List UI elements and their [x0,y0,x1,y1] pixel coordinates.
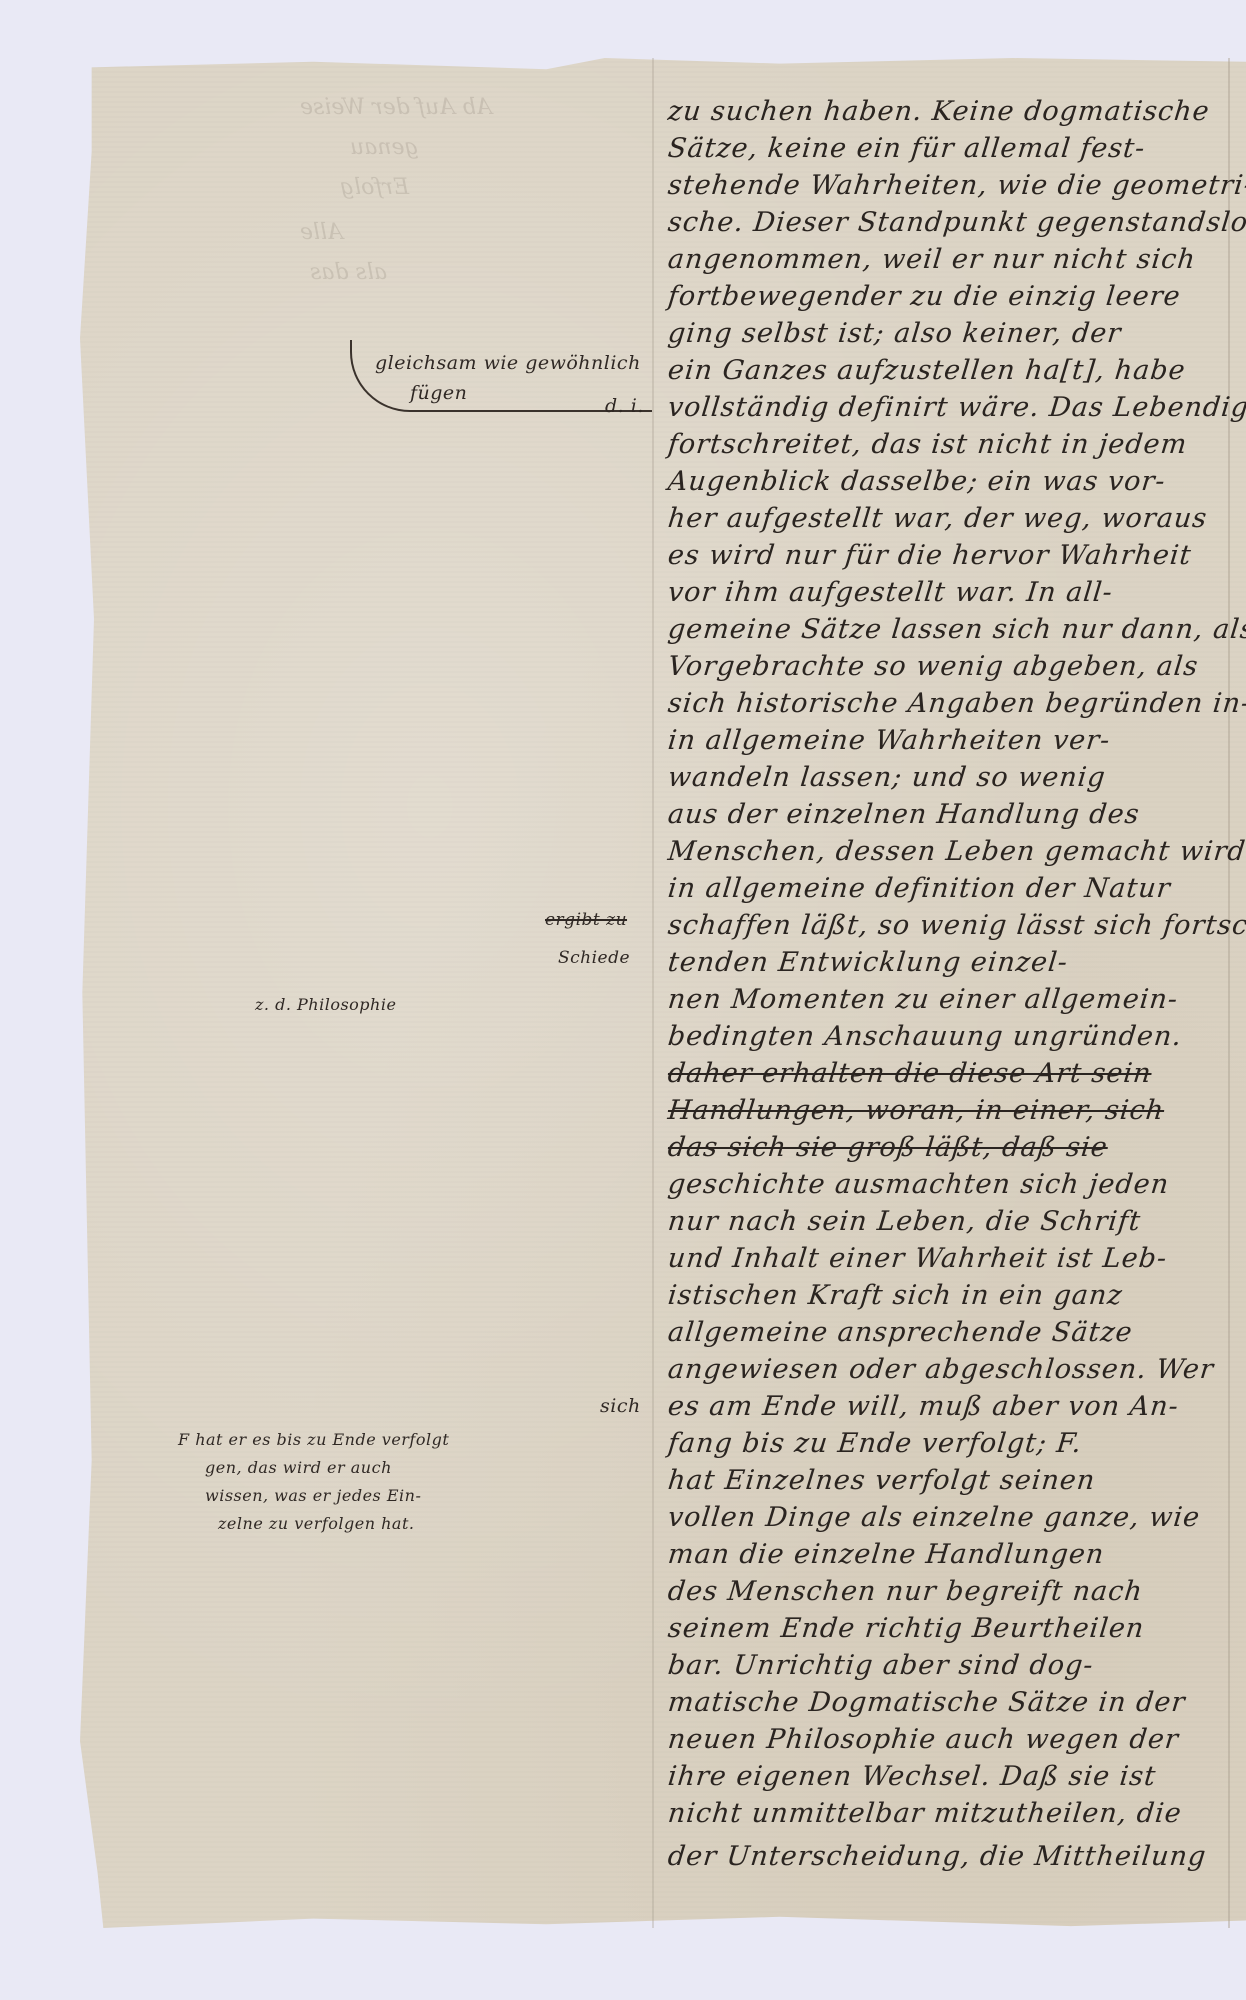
fold-line [652,58,654,1928]
text-line: aus der einzelnen Handlung des [666,799,1141,830]
bleed-through-text: genau [350,135,419,160]
text-line: vollen Dinge als einzelne ganze, wie [666,1502,1201,1533]
text-line: nur nach sein Leben, die Schrift [666,1206,1142,1237]
text-line: nen Momenten zu einer allgemein- [666,984,1179,1015]
text-line: sche. Dieser Standpunkt gegenstandslos [666,207,1246,238]
text-line: vor ihm aufgestellt war. In all- [666,577,1114,608]
bleed-through-text: Alle [300,220,343,245]
margin-note-line: fügen [410,382,467,404]
text-line: ihre eigenen Wechsel. Daß sie ist [666,1761,1157,1792]
text-line: schaffen läßt, so wenig lässt sich forts… [666,910,1246,941]
text-line: Augenblick dasselbe; ein was vor- [666,466,1167,497]
text-line: der Unterscheidung, die Mittheilung [666,1841,1208,1872]
text-line: fortbewegender zu die einzig leere [666,281,1182,312]
margin-note-line: gen, das wird er auch [205,1458,392,1477]
text-line: Menschen, dessen Leben gemacht wird [666,836,1246,867]
text-line: bar. Unrichtig aber sind dog- [666,1650,1095,1681]
text-line: es am Ende will, muß aber von An- [666,1391,1180,1422]
text-line: seinem Ende richtig Beurtheilen [666,1613,1146,1644]
text-line: bedingten Anschauung ungründen. [666,1021,1183,1052]
text-line: fang bis zu Ende verfolgt; F. [666,1428,1083,1459]
margin-note-line: ergibt zu [545,910,627,930]
right-fold-line [1228,58,1230,1928]
text-line: angewiesen oder abgeschlossen. Wer [666,1354,1215,1385]
text-line: her aufgestellt war, der weg, woraus [666,503,1208,534]
margin-note-line: sich [600,1395,641,1417]
struck-text-line: Handlungen, woran, in einer, sich [666,1095,1165,1126]
text-line: zu suchen haben. Keine dogmatische [666,96,1211,127]
struck-text-line: das sich sie groß läßt, daß sie [666,1132,1109,1163]
text-line: neuen Philosophie auch wegen der [666,1724,1180,1755]
struck-text-line: daher erhalten die diese Art sein [666,1058,1153,1089]
text-line: in allgemeine Wahrheiten ver- [666,725,1112,756]
margin-note-line: zelne zu verfolgen hat. [218,1514,414,1533]
text-line: stehende Wahrheiten, wie die geometri- [666,170,1246,201]
text-line: des Menschen nur begreift nach [666,1576,1144,1607]
margin-note-line: wissen, was er jedes Ein- [205,1486,421,1505]
margin-note-suffix: d. i. [605,395,644,417]
text-line: Sätze, keine ein für allemal fest- [666,133,1147,164]
text-line: gemeine Sätze lassen sich nur dann, als [666,614,1246,645]
text-line: Vorgebrachte so wenig abgeben, als [666,651,1200,682]
bleed-through-text: als das [310,260,387,285]
text-line: angenommen, weil er nur nicht sich [666,244,1197,275]
text-line: istischen Kraft sich in ein ganz [666,1280,1124,1311]
text-line: allgemeine ansprechende Sätze [666,1317,1134,1348]
text-line: ging selbst ist; also keiner, der [666,318,1123,349]
margin-note-line: gleichsam wie gewöhnlich [375,352,641,374]
text-line: in allgemeine definition der Natur [666,873,1172,904]
text-line: man die einzelne Handlungen [666,1539,1106,1570]
text-line: fortschreitet, das ist nicht in jedem [666,429,1189,460]
text-line: nicht unmittelbar mitzutheilen, die [666,1798,1183,1829]
text-line: sich historische Angaben begründen in- [666,688,1246,719]
text-line: matische Dogmatische Sätze in der [666,1687,1187,1718]
text-line: geschichte ausmachten sich jeden [666,1169,1170,1200]
margin-note-line: F hat er es bis zu Ende verfolgt [178,1430,449,1449]
margin-note-line: z. d. Philosophie [255,995,396,1014]
text-line: vollständig definirt wäre. Das Lebendige [666,392,1246,423]
bleed-through-text: Erfolg [340,175,409,200]
text-line: es wird nur für die hervor Wahrheit [666,540,1193,571]
text-line: wandeln lassen; und so wenig [666,762,1107,793]
bleed-through-text: Ab Auf der Weise [300,95,492,120]
text-line: tenden Entwicklung einzel- [666,947,1069,978]
text-line: ein Ganzes aufzustellen ha[t], habe [666,355,1187,386]
text-line: hat Einzelnes verfolgt seinen [666,1465,1097,1496]
margin-note-line: Schiede [558,948,630,968]
text-line: und Inhalt einer Wahrheit ist Leb- [666,1243,1168,1274]
